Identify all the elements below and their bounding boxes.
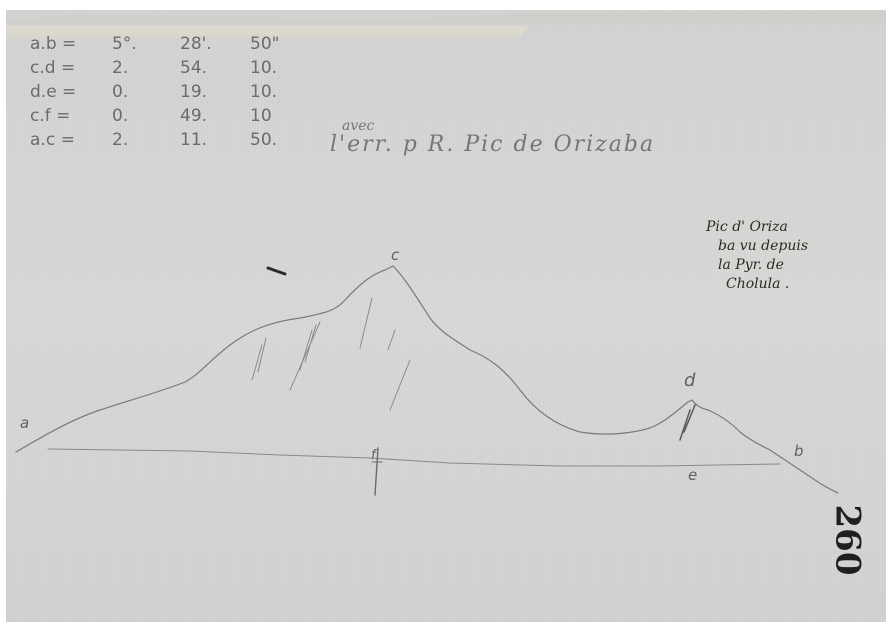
baseline xyxy=(48,449,780,466)
ink-mark xyxy=(268,268,285,274)
point-label-f: f xyxy=(371,448,376,463)
mountain-outline xyxy=(16,266,838,493)
page-number: 260 xyxy=(827,505,867,576)
point-label-a: a xyxy=(20,414,29,432)
hatching xyxy=(252,322,320,390)
mountain-profile-sketch xyxy=(0,0,891,629)
hatching xyxy=(680,405,695,440)
hatching xyxy=(360,298,410,410)
point-label-e: e xyxy=(688,466,697,484)
point-label-b: b xyxy=(794,442,804,460)
point-label-d: d xyxy=(684,370,695,391)
point-label-c: c xyxy=(391,246,399,264)
